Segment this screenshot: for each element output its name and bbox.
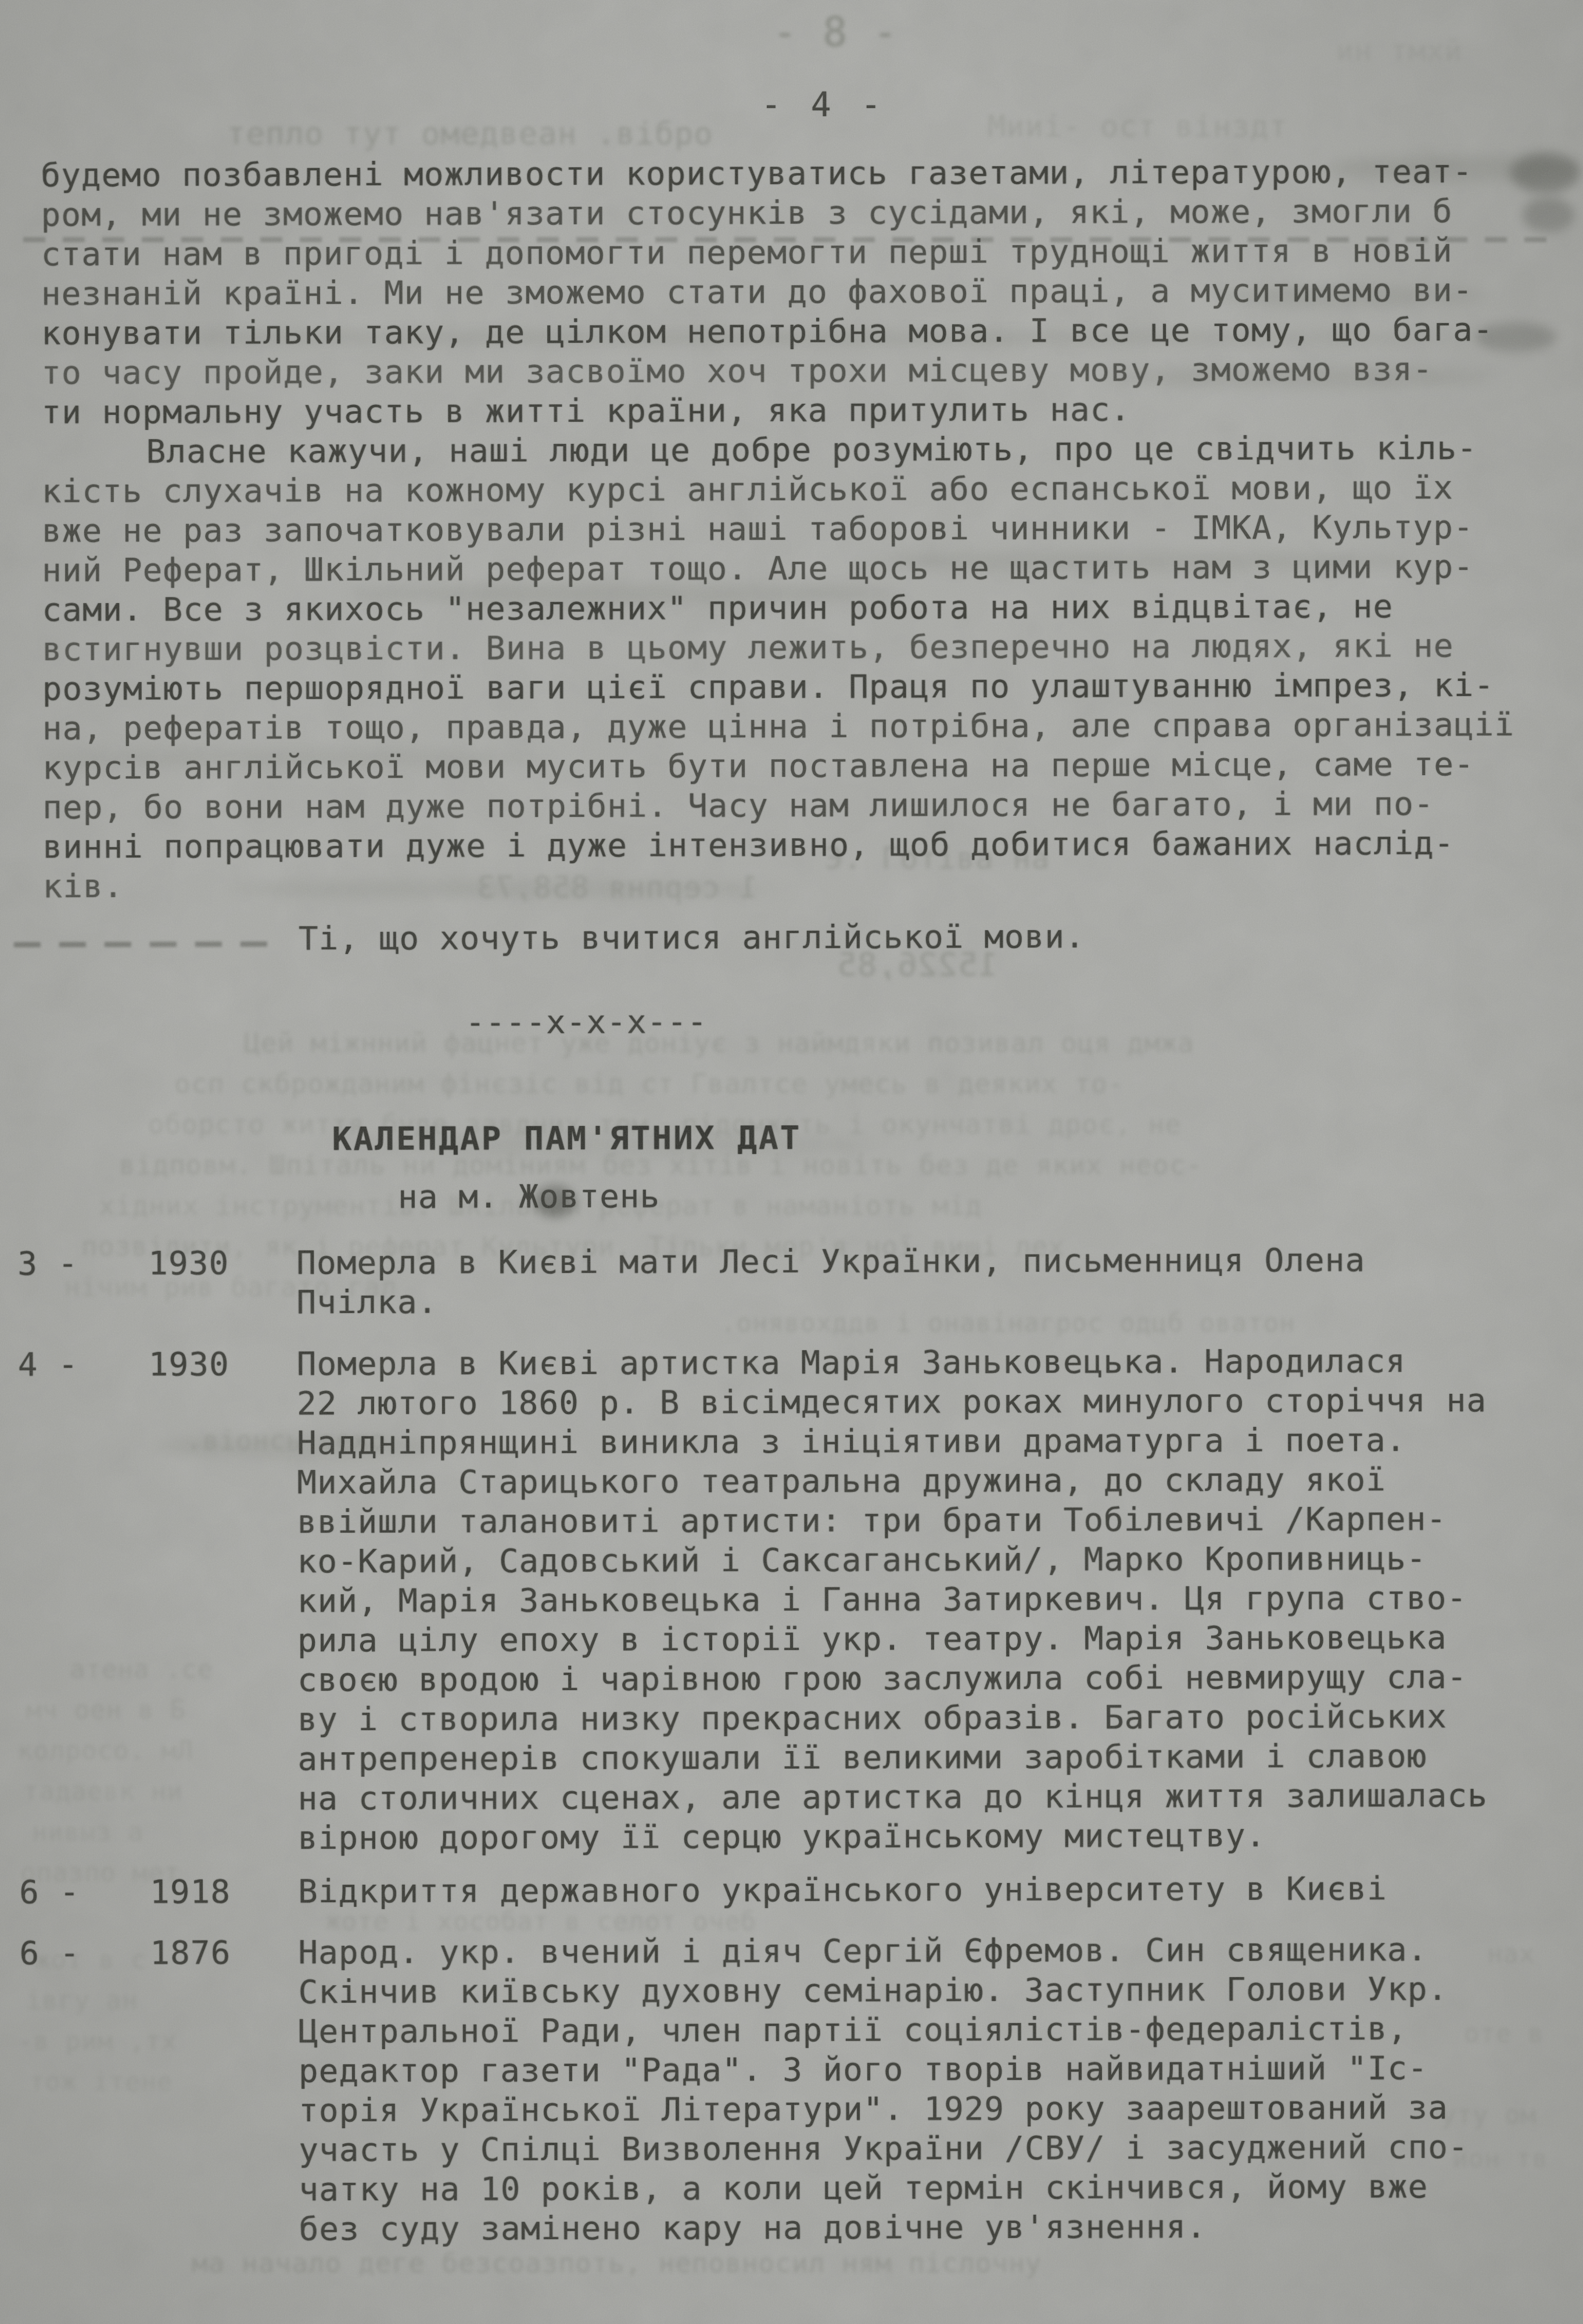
signature-row: Ті, що хочуть вчитися англійської мови. [43, 916, 1574, 959]
bleedthrough-text: ин тмхй [1336, 34, 1463, 67]
bleedthrough-text: тепло тут омедвеан .вібро [227, 115, 713, 152]
entry-description: Відкриття державного українського універ… [298, 1868, 1576, 1911]
text-line: Померла в Києві артистка Марія Заньковец… [297, 1341, 1575, 1384]
bleedthrough-text: - 8 - [773, 8, 898, 56]
text-line: вірною дорогому її серцю українському ми… [298, 1815, 1576, 1858]
intro-paragraph-2: Власне кажучи, наші люди це добре розумі… [42, 428, 1574, 906]
text-line: своєю вродою і чарівною грою заслужила с… [297, 1657, 1575, 1700]
text-line: Власне кажучи, наші люди це добре розумі… [42, 428, 1573, 472]
text-line: на столичних сценах, але артистка до кін… [298, 1776, 1576, 1819]
text-line: ввійшли талановиті артисти: три брати То… [297, 1499, 1575, 1542]
text-line: антрепренерів спокушали її великими заро… [297, 1736, 1575, 1779]
text-line: Скінчив київську духовну семінарію. Заст… [298, 1969, 1576, 2012]
text-line: винні попрацювати дуже і дуже інтензивно… [42, 823, 1573, 867]
text-line: будемо позбавлені можливости користувати… [41, 152, 1571, 195]
entry-year: 1876 [150, 1933, 298, 1973]
calendar-entries: 3 -1930Померла в Києві мати Лесі Українк… [9, 1240, 1577, 2250]
text-line: Михайла Старицького театральна дружина, … [297, 1459, 1575, 1502]
entry-description: Померла в Києві мати Лесі Українки, пись… [296, 1240, 1574, 1322]
entry-day: 6 - [10, 1934, 150, 1974]
dash-line [43, 919, 299, 959]
text-line: незнаній країні. Ми не зможемо стати до … [41, 270, 1572, 314]
text-line: торія Української Літератури". 1929 року… [299, 2088, 1577, 2131]
page-number: - 4 - [761, 85, 886, 124]
calendar-title: КАЛЕНДАР ПАМ'ЯТНИХ ДАТ [9, 1116, 1574, 1160]
text-line: ти нормальну участь в житті країни, яка … [41, 389, 1572, 432]
text-line: ко-Карий, Садовський і Саксаганський/, М… [297, 1538, 1575, 1581]
text-line: то часу пройде, заки ми засвоїмо хоч тро… [41, 349, 1572, 393]
text-line: ний Реферат, Шкільний реферат тощо. Але … [42, 547, 1573, 590]
text-line: встигнувши розцвісти. Вина в цьому лежит… [42, 626, 1573, 669]
calendar-subtitle: на м. Жовтень [9, 1174, 1574, 1218]
text-line: стати нам в пригоді і допомогти перемогт… [41, 231, 1572, 274]
calendar-entry: 6 -1918Відкриття державного українського… [10, 1868, 1576, 1912]
text-line: розуміють першорядної ваги цієї справи. … [42, 665, 1573, 709]
scanned-document-page: - 8 -тепло тут омедвеан .віброМииі- ост … [0, 0, 1583, 2324]
text-line: вже не раз започатковували різні наші та… [42, 507, 1573, 551]
text-line: участь у Спілці Визволення України /СВУ/… [299, 2127, 1577, 2170]
text-line: на, рефератів тощо, правда, дуже цінна і… [42, 705, 1573, 748]
text-line: 22 лютого 1860 р. В вісімдесятих роках м… [297, 1380, 1575, 1423]
text-line: пер, бо вони нам дуже потрібні. Часу нам… [42, 784, 1573, 827]
text-line: Померла в Києві мати Лесі Українки, пись… [296, 1240, 1574, 1283]
text-line: Пчілка. [296, 1279, 1574, 1322]
text-line: сами. Все з якихось "незалежних" причин … [42, 586, 1573, 630]
bleedthrough-text: Мииі- ост вінздт [988, 109, 1288, 144]
text-line: чатку на 10 років, а коли цей термін скі… [299, 2167, 1577, 2210]
text-line: редактор газети "Рада". З його творів на… [299, 2048, 1577, 2091]
entry-day: 3 - [9, 1244, 148, 1284]
text-line: курсів англійської мови мусить бути пост… [42, 744, 1573, 788]
text-line: ків. [42, 863, 1573, 906]
calendar-entry: 4 -1930Померла в Києві артистка Марія За… [9, 1341, 1576, 1859]
text-line: Наддніпрянщині виникла з ініціятиви драм… [297, 1420, 1575, 1463]
text-line: Центральної Ради, член партії соціялісті… [299, 2009, 1577, 2052]
text-line: ром, ми не зможемо нав'язати стосунків з… [41, 191, 1571, 235]
text-line: кість слухачів на кожному курсі англійсь… [42, 468, 1573, 511]
text-line: Відкриття державного українського універ… [298, 1868, 1576, 1911]
intro-paragraph-1: будемо позбавлені можливости користувати… [41, 152, 1572, 432]
calendar-entry: 3 -1930Померла в Києві мати Лесі Українк… [9, 1240, 1574, 1323]
text-line: кий, Марія Заньковецька і Ганна Затиркев… [297, 1578, 1575, 1621]
entry-description: Народ. укр. вчений і діяч Сергій Єфремов… [298, 1930, 1577, 2249]
text-line: ву і створила низку прекрасних образів. … [297, 1697, 1575, 1740]
text-line: Народ. укр. вчений і діяч Сергій Єфремов… [298, 1930, 1576, 1972]
signature-text: Ті, що хочуть вчитися англійської мови. [299, 917, 1085, 959]
section-separator: ----х-х-х--- [8, 1000, 1574, 1043]
entry-day: 4 - [9, 1345, 149, 1385]
entry-year: 1930 [149, 1344, 297, 1385]
entry-year: 1930 [148, 1243, 296, 1283]
document-content: будемо позбавлені можливости користувати… [6, 152, 1577, 2250]
entry-year: 1918 [150, 1872, 298, 1912]
calendar-entry: 6 -1876Народ. укр. вчений і діяч Сергій … [10, 1930, 1577, 2250]
entry-description: Померла в Києві артистка Марія Заньковец… [297, 1341, 1576, 1858]
bleedthrough-text: ма начало деге безсоазпоть, неповносил н… [192, 2247, 1042, 2279]
entry-day: 6 - [10, 1873, 150, 1913]
text-line: без суду замінено кару на довічне ув'язн… [299, 2206, 1577, 2249]
text-line: конувати тільки таку, де цілком непотріб… [41, 310, 1572, 353]
text-line: рила цілу епоху в історії укр. театру. М… [297, 1618, 1575, 1660]
